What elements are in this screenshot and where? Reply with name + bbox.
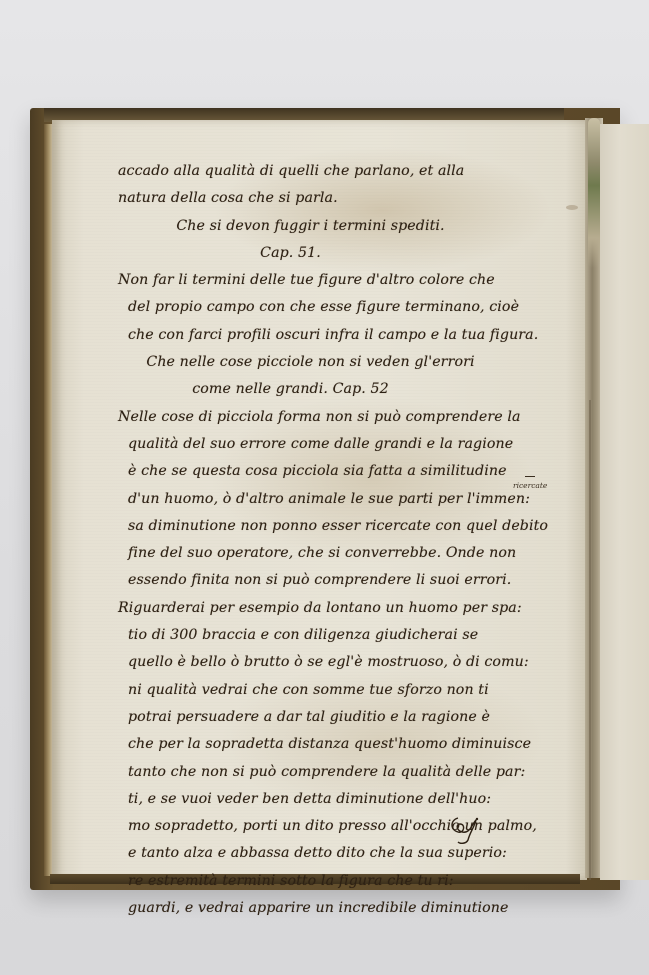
manuscript-page-right <box>600 124 649 880</box>
text-line: ni qualità vedrai che con somme tue sfor… <box>118 677 563 704</box>
text-line: re estremità termini sotto la figura che… <box>118 868 563 895</box>
text-line: che con farci profili oscuri infra il ca… <box>118 322 563 349</box>
text-line: guardi, e vedrai apparire un incredibile… <box>118 895 563 922</box>
text-line: quello è bello ò brutto ò se egl'è mostr… <box>118 649 563 676</box>
text-line: tio di 300 braccia e con diligenza giudi… <box>118 622 563 649</box>
text-line: potrai persuadere a dar tal giuditio e l… <box>118 704 563 731</box>
margin-note: ricercate <box>513 481 547 490</box>
text-line: essendo finita non si può comprendere li… <box>118 567 563 594</box>
text-line: del propio campo con che esse figure ter… <box>118 294 563 321</box>
chapter-number: Cap. 51. <box>118 240 563 267</box>
photo-scene: accado alla qualità di quelli che parlan… <box>0 0 649 975</box>
text-line: tanto che non si può comprendere la qual… <box>118 759 563 786</box>
text-line: e tanto alza e abbassa detto dito che la… <box>118 840 563 867</box>
text-line: Non far li termini delle tue figure d'al… <box>118 267 563 294</box>
text-line: fine del suo operatore, che si converreb… <box>118 540 563 567</box>
text-line: Nelle cose di picciola forma non si può … <box>118 404 563 431</box>
page-crease <box>589 400 591 880</box>
text-line: sa diminutione non ponno esser ricercate… <box>118 513 563 540</box>
manuscript-text: accado alla qualità di quelli che parlan… <box>118 158 563 922</box>
text-line: Riguarderai per esempio da lontano un hu… <box>118 595 563 622</box>
text-line: è che se questa cosa picciola sia fatta … <box>118 458 563 485</box>
text-line: mo sopradetto, porti un dito presso all'… <box>118 813 563 840</box>
paper-stain <box>566 205 578 210</box>
binding-thread <box>588 118 600 268</box>
text-line: qualità del suo errore come dalle grandi… <box>118 431 563 458</box>
text-line: ti, e se vuoi veder ben detta diminution… <box>118 786 563 813</box>
chapter-heading: Che si devon fuggir i termini spediti. <box>118 213 563 240</box>
chapter-heading: Che nelle cose picciole non si veden gl'… <box>118 349 563 376</box>
text-line: che per la sopradetta distanza quest'huo… <box>118 731 563 758</box>
text-line: d'un huomo, ò d'altro animale le sue par… <box>118 486 563 513</box>
text-line: accado alla qualità di quelli che parlan… <box>118 158 563 185</box>
ornamental-flourish-icon <box>446 810 486 846</box>
text-line: natura della cosa che si parla. <box>118 185 563 212</box>
chapter-heading-continued: come nelle grandi. Cap. 52 <box>118 376 563 403</box>
